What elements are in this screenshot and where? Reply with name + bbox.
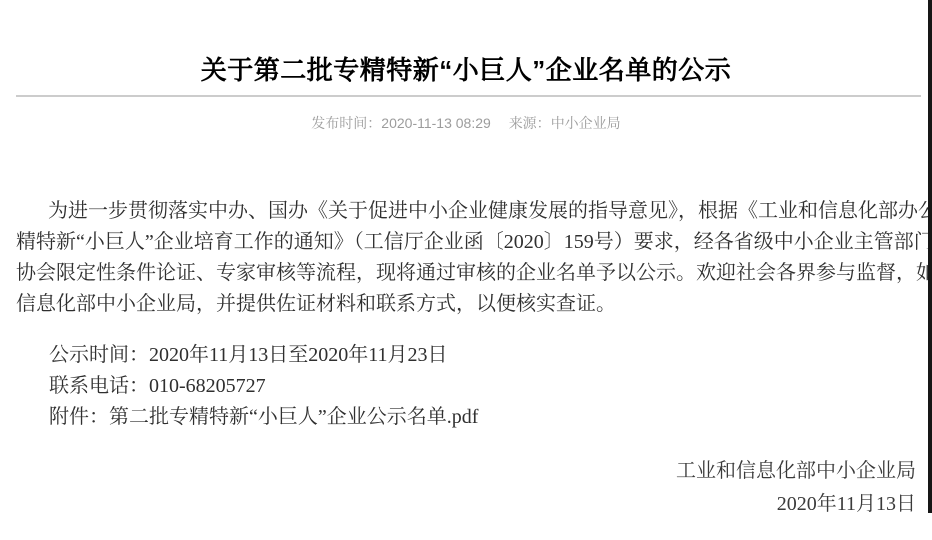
publish-time-label: 发布时间： [311,115,381,131]
title-divider [16,95,921,97]
publish-time-value: 2020-11-13 08:29 [381,115,491,131]
publish-time-group: 发布时间：2020-11-13 08:29 [311,115,491,131]
body-paragraph-line: 为进一步贯彻落实中办、国办《关于促进中小企业健康发展的指导意见》，根据《工业和信… [16,196,916,227]
right-edge-artifact-bar [928,0,932,513]
source-group: 来源：中小企业局 [509,115,621,131]
publicity-period-line: 公示时间：2020年11月13日至2020年11月23日 [49,340,478,371]
body-paragraph-line: 精特新“小巨人”企业培育工作的通知》（工信厅企业函〔2020〕159号）要求，经… [16,227,916,258]
announcement-page: 关于第二批专精特新“小巨人”企业名单的公示 发布时间：2020-11-13 08… [0,0,932,540]
body-paragraph-line: 协会限定性条件论证、专家审核等流程，现将通过审核的企业名单予以公示。欢迎社会各界… [16,258,916,289]
source-value: 中小企业局 [551,115,621,131]
page-title: 关于第二批专精特新“小巨人”企业名单的公示 [0,55,932,85]
issue-date: 2020年11月13日 [676,488,916,521]
attachment-link[interactable]: 附件：第二批专精特新“小巨人”企业公示名单.pdf [49,402,478,433]
meta-bar: 发布时间：2020-11-13 08:29 来源：中小企业局 [0,113,932,133]
info-block: 公示时间：2020年11月13日至2020年11月23日 联系电话：010-68… [49,340,478,433]
signature-block: 工业和信息化部中小企业局 2020年11月13日 [676,455,916,521]
issuing-agency: 工业和信息化部中小企业局 [676,455,916,488]
body-paragraph-line: 信息化部中小企业局，并提供佐证材料和联系方式，以便核实查证。 [16,289,916,320]
announcement-body: 为进一步贯彻落实中办、国办《关于促进中小企业健康发展的指导意见》，根据《工业和信… [16,196,916,320]
contact-phone-line: 联系电话：010-68205727 [49,371,478,402]
source-label: 来源： [509,115,551,131]
